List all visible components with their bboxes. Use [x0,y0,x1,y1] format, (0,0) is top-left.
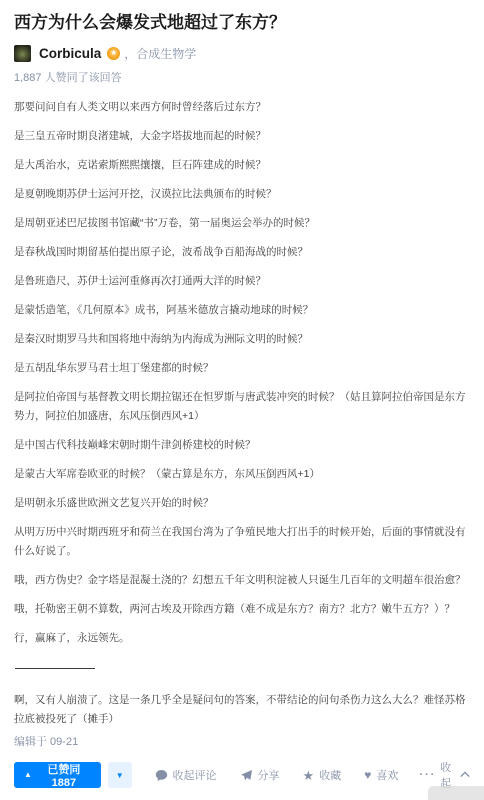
favorite-button[interactable]: ★ 收藏 [303,767,342,783]
downvote-button[interactable]: ▼ [108,762,132,788]
share-button-label: 分享 [258,767,280,783]
triangle-up-icon: ▲ [24,771,32,779]
divider [15,668,95,669]
triangle-down-icon: ▼ [116,771,124,780]
chevron-up-icon [460,769,470,781]
answer-paragraph: 是夏朝晚期苏伊士运河开挖，汉谟拉比法典颁布的时候？ [14,185,470,204]
upvote-count-note: 1,887 人赞同了该回答 [14,69,470,85]
answer-paragraph: 是中国古代科技巅峰宋朝时期牛津剑桥建校的时候？ [14,436,470,455]
answer-paragraph: 哦，托勒密王朝不算数，两河古埃及开除西方籍（难不成是东方？南方？北方？嫩牛五方？… [14,600,470,619]
author-name[interactable]: Corbicula [39,46,101,61]
answer-paragraph: 是三皇五帝时期良渚建城，大金字塔拔地而起的时候？ [14,127,470,146]
answer-paragraph: 是鲁班造尺，苏伊士运河重修再次打通两大洋的时候？ [14,272,470,291]
answer-footer: 编辑于 09-21 ▲ 已赞同 1887 ▼ 收起评论 分享 [14,733,470,791]
answer-paragraph: 是明朝永乐盛世欧洲文艺复兴开始的时候？ [14,494,470,513]
answer-body: 那要问问自有人类文明以来西方何时曾经落后过东方？是三皇五帝时期良渚建城，大金字塔… [14,98,470,729]
answer-paragraph: 是大禹治水，克诺索斯熙熙攘攘，巨石阵建成的时候？ [14,156,470,175]
answer-paragraph: 行，赢麻了，永远领先。 [14,629,470,648]
star-icon: ★ [303,769,315,782]
like-button-label: 喜欢 [376,767,398,783]
upvote-button[interactable]: ▲ 已赞同 1887 [14,762,101,788]
answer-paragraph: 是秦汉时期罗马共和国将地中海纳为内海成为洲际文明的时候？ [14,330,470,349]
upvote-button-label: 已赞同 1887 [37,761,91,789]
floating-element-partial[interactable] [428,786,484,800]
answer-paragraph: 是周朝亚述巴尼拔图书馆藏“书”万卷，第一届奥运会举办的时候？ [14,214,470,233]
zhihu-answer-page: 西方为什么会爆发式地超过了东方？ Corbicula ★ ，合成生物学 1,88… [0,0,484,800]
question-title[interactable]: 西方为什么会爆发式地超过了东方？ [14,12,470,34]
paragraphs-before-divider: 那要问问自有人类文明以来西方何时曾经落后过东方？是三皇五帝时期良渚建城，大金字塔… [14,98,470,648]
answer-paragraph: 从明万历中兴时期西班牙和荷兰在我国台湾为了争殖民地大打出手的时候开始，后面的事情… [14,523,470,561]
answer-paragraph: 哦，西方伪史？金字塔是混凝土浇的？幻想五千年文明积淀被人只诞生几百年的文明超车很… [14,571,470,590]
answer-paragraph: 是春秋战国时期留基伯提出原子论，波希战争百船海战的时候？ [14,243,470,262]
paragraphs-after-divider: 啊，又有人崩溃了。这是一条几乎全是疑问句的答案，不带结论的问句杀伤力这么大么？难… [14,691,470,729]
share-button[interactable]: 分享 [240,767,280,783]
author-row: Corbicula ★ ，合成生物学 [14,43,470,63]
edit-timestamp: 编辑于 09-21 [14,733,470,749]
share-icon [240,769,253,782]
answer-paragraph: 是蒙恬造笔，《几何原本》成书，阿基米德放言撬动地球的时候？ [14,301,470,320]
heart-icon: ♥ [364,769,371,781]
answer-paragraph: 是五胡乱华东罗马君士坦丁堡建都的时候？ [14,359,470,378]
author-headline: ，合成生物学 [124,45,196,62]
comment-button-label: 收起评论 [173,767,217,783]
answer-card: 西方为什么会爆发式地超过了东方？ Corbicula ★ ，合成生物学 1,88… [0,0,484,729]
action-bar: ▲ 已赞同 1887 ▼ 收起评论 分享 ★ 收藏 [14,759,470,791]
answer-paragraph: 是阿拉伯帝国与基督教文明长期拉锯还在怛罗斯与唐武装冲突的时候？（姑且算阿拉伯帝国… [14,388,470,426]
more-actions-button[interactable]: ··· [419,769,436,781]
favorite-button-label: 收藏 [319,767,341,783]
answer-paragraph: 啊，又有人崩溃了。这是一条几乎全是疑问句的答案，不带结论的问句杀伤力这么大么？难… [14,691,470,729]
avatar[interactable] [14,45,31,62]
comment-icon [155,769,168,782]
answer-paragraph: 那要问问自有人类文明以来西方何时曾经落后过东方？ [14,98,470,117]
answer-paragraph: 是蒙古大军席卷欧亚的时候？（蒙古算是东方，东风压倒西风+1） [14,465,470,484]
comment-button[interactable]: 收起评论 [155,767,217,783]
achievement-badge-icon: ★ [107,47,120,60]
like-button[interactable]: ♥ 喜欢 [364,767,398,783]
